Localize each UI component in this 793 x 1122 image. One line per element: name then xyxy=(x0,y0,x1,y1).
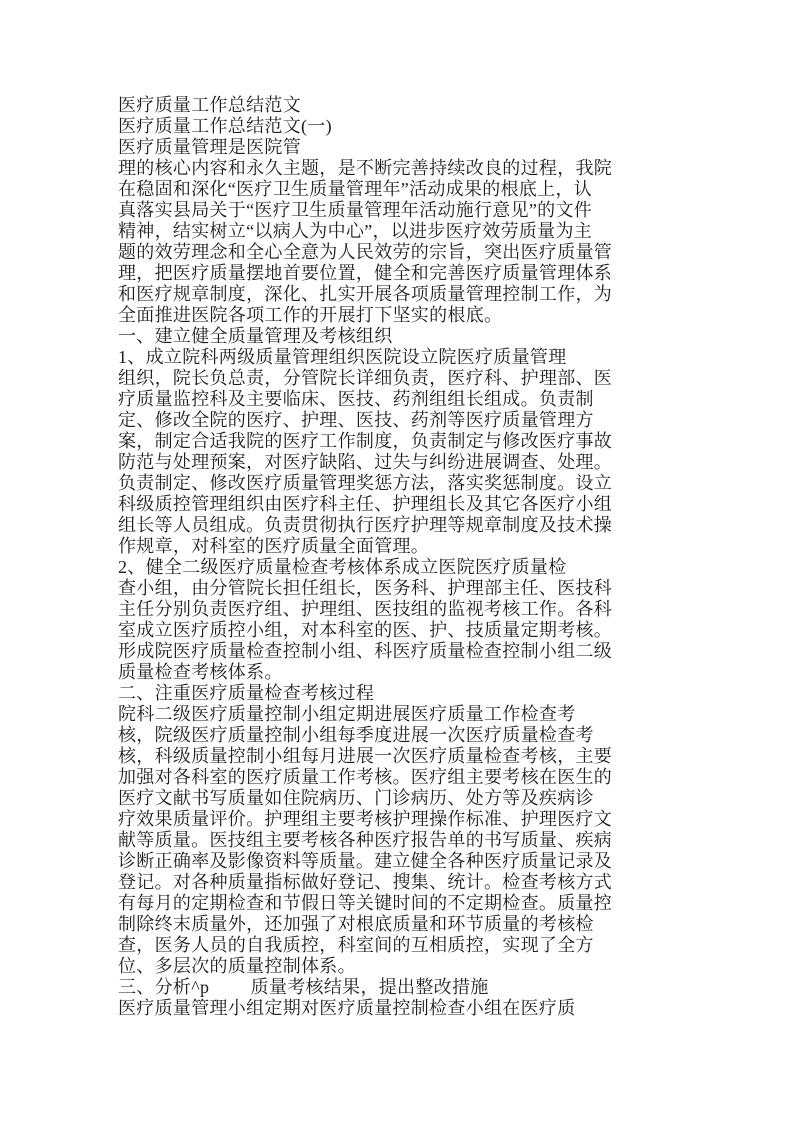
text-line: 核，科级质量控制小组每月进展一次医疗质量检查考核，主要 xyxy=(118,746,678,767)
text-line: 组长等人员组成。负责贯彻执行医疗护理等规章制度及技术操 xyxy=(118,515,678,536)
text-line: 献等质量。医技组主要考核各种医疗报告单的书写质量、疾病 xyxy=(118,830,678,851)
text-line: 查，医务人员的自我质控，科室间的互相质控，实现了全方 xyxy=(118,935,678,956)
text-line: 全面推进医院各项工作的开展打下坚实的根底。 xyxy=(118,305,678,326)
text-line: 医疗文献书写质量如住院病历、门诊病历、处方等及疾病诊 xyxy=(118,788,678,809)
text-line: 制除终末质量外，还加强了对根底质量和环节质量的考核检 xyxy=(118,914,678,935)
text-line: 防范与处理预案，对医疗缺陷、过失与纠纷进展调查、处理。 xyxy=(118,452,678,473)
text-line: 疗效果质量评价。护理组主要考核护理操作标准、护理医疗文 xyxy=(118,809,678,830)
text-line: 定、修改全院的医疗、护理、医技、药剂等医疗质量管理方 xyxy=(118,410,678,431)
text-line: 真落实县局关于“医疗卫生质量管理年活动施行意见”的文件 xyxy=(118,200,678,221)
text-line: 医疗质量工作总结范文(一) xyxy=(118,116,678,137)
text-line: 形成院医疗质量检查控制小组、科医疗质量检查控制小组二级 xyxy=(118,641,678,662)
text-line: 医疗质量管理小组定期对医疗质量控制检查小组在医疗质 xyxy=(118,998,678,1019)
text-line: 1、成立院科两级质量管理组织医院设立院医疗质量管理 xyxy=(118,347,678,368)
text-line: 疗质量监控科及主要临床、医技、药剂组组长组成。负责制 xyxy=(118,389,678,410)
text-line: 一、建立健全质量管理及考核组织 xyxy=(118,326,678,347)
text-line: 诊断正确率及影像资料等质量。建立健全各种医疗质量记录及 xyxy=(118,851,678,872)
text-line: 加强对各科室的医疗质量工作考核。医疗组主要考核在医生的 xyxy=(118,767,678,788)
document-body-text: 医疗质量工作总结范文医疗质量工作总结范文(一)医疗质量管理是医院管理的核心内容和… xyxy=(118,95,678,1019)
text-line: 理，把医疗质量摆地首要位置，健全和完善医疗质量管理体系 xyxy=(118,263,678,284)
text-line: 二、注重医疗质量检查考核过程 xyxy=(118,683,678,704)
text-line: 查小组，由分管院长担任组长，医务科、护理部主任、医技科 xyxy=(118,578,678,599)
text-line: 负责制定、修改医疗质量管理奖惩方法，落实奖惩制度。设立 xyxy=(118,473,678,494)
text-line: 有每月的定期检查和节假日等关键时间的不定期检查。质量控 xyxy=(118,893,678,914)
document-page: 医疗质量工作总结范文医疗质量工作总结范文(一)医疗质量管理是医院管理的核心内容和… xyxy=(0,0,793,1122)
text-line: 医疗质量工作总结范文 xyxy=(118,95,678,116)
text-line: 组织，院长负总责，分管院长详细负责，医疗科、护理部、医 xyxy=(118,368,678,389)
text-line: 核，院级医疗质量控制小组每季度进展一次医疗质量检查考 xyxy=(118,725,678,746)
text-line: 作规章，对科室的医疗质量全面管理。 xyxy=(118,536,678,557)
text-line: 科级质控管理组织由医疗科主任、护理组长及其它各医疗小组 xyxy=(118,494,678,515)
text-line: 在稳固和深化“医疗卫生质量管理年”活动成果的根底上，认 xyxy=(118,179,678,200)
text-line: 和医疗规章制度，深化、扎实开展各项质量管理控制工作，为 xyxy=(118,284,678,305)
text-line: 室成立医疗质控小组，对本科室的医、护、技质量定期考核。 xyxy=(118,620,678,641)
text-line: 题的效劳理念和全心全意为人民效劳的宗旨，突出医疗质量管 xyxy=(118,242,678,263)
text-line: 精神，结实树立“以病人为中心”，以进步医疗效劳质量为主 xyxy=(118,221,678,242)
text-line: 2、健全二级医疗质量检查考核体系成立医院医疗质量检 xyxy=(118,557,678,578)
text-line: 理的核心内容和永久主题，是不断完善持续改良的过程，我院 xyxy=(118,158,678,179)
text-line: 主任分别负责医疗组、护理组、医技组的监视考核工作。各科 xyxy=(118,599,678,620)
text-line: 院科二级医疗质量控制小组定期进展医疗质量工作检查考 xyxy=(118,704,678,725)
text-line: 医疗质量管理是医院管 xyxy=(118,137,678,158)
text-line: 位、多层次的质量控制体系。 xyxy=(118,956,678,977)
text-line: 质量检查考核体系。 xyxy=(118,662,678,683)
text-line: 案，制定合适我院的医疗工作制度，负责制定与修改医疗事故 xyxy=(118,431,678,452)
text-line: 登记。对各种质量指标做好登记、搜集、统计。检查考核方式 xyxy=(118,872,678,893)
text-line: 三、分析^p 质量考核结果，提出整改措施 xyxy=(118,977,678,998)
